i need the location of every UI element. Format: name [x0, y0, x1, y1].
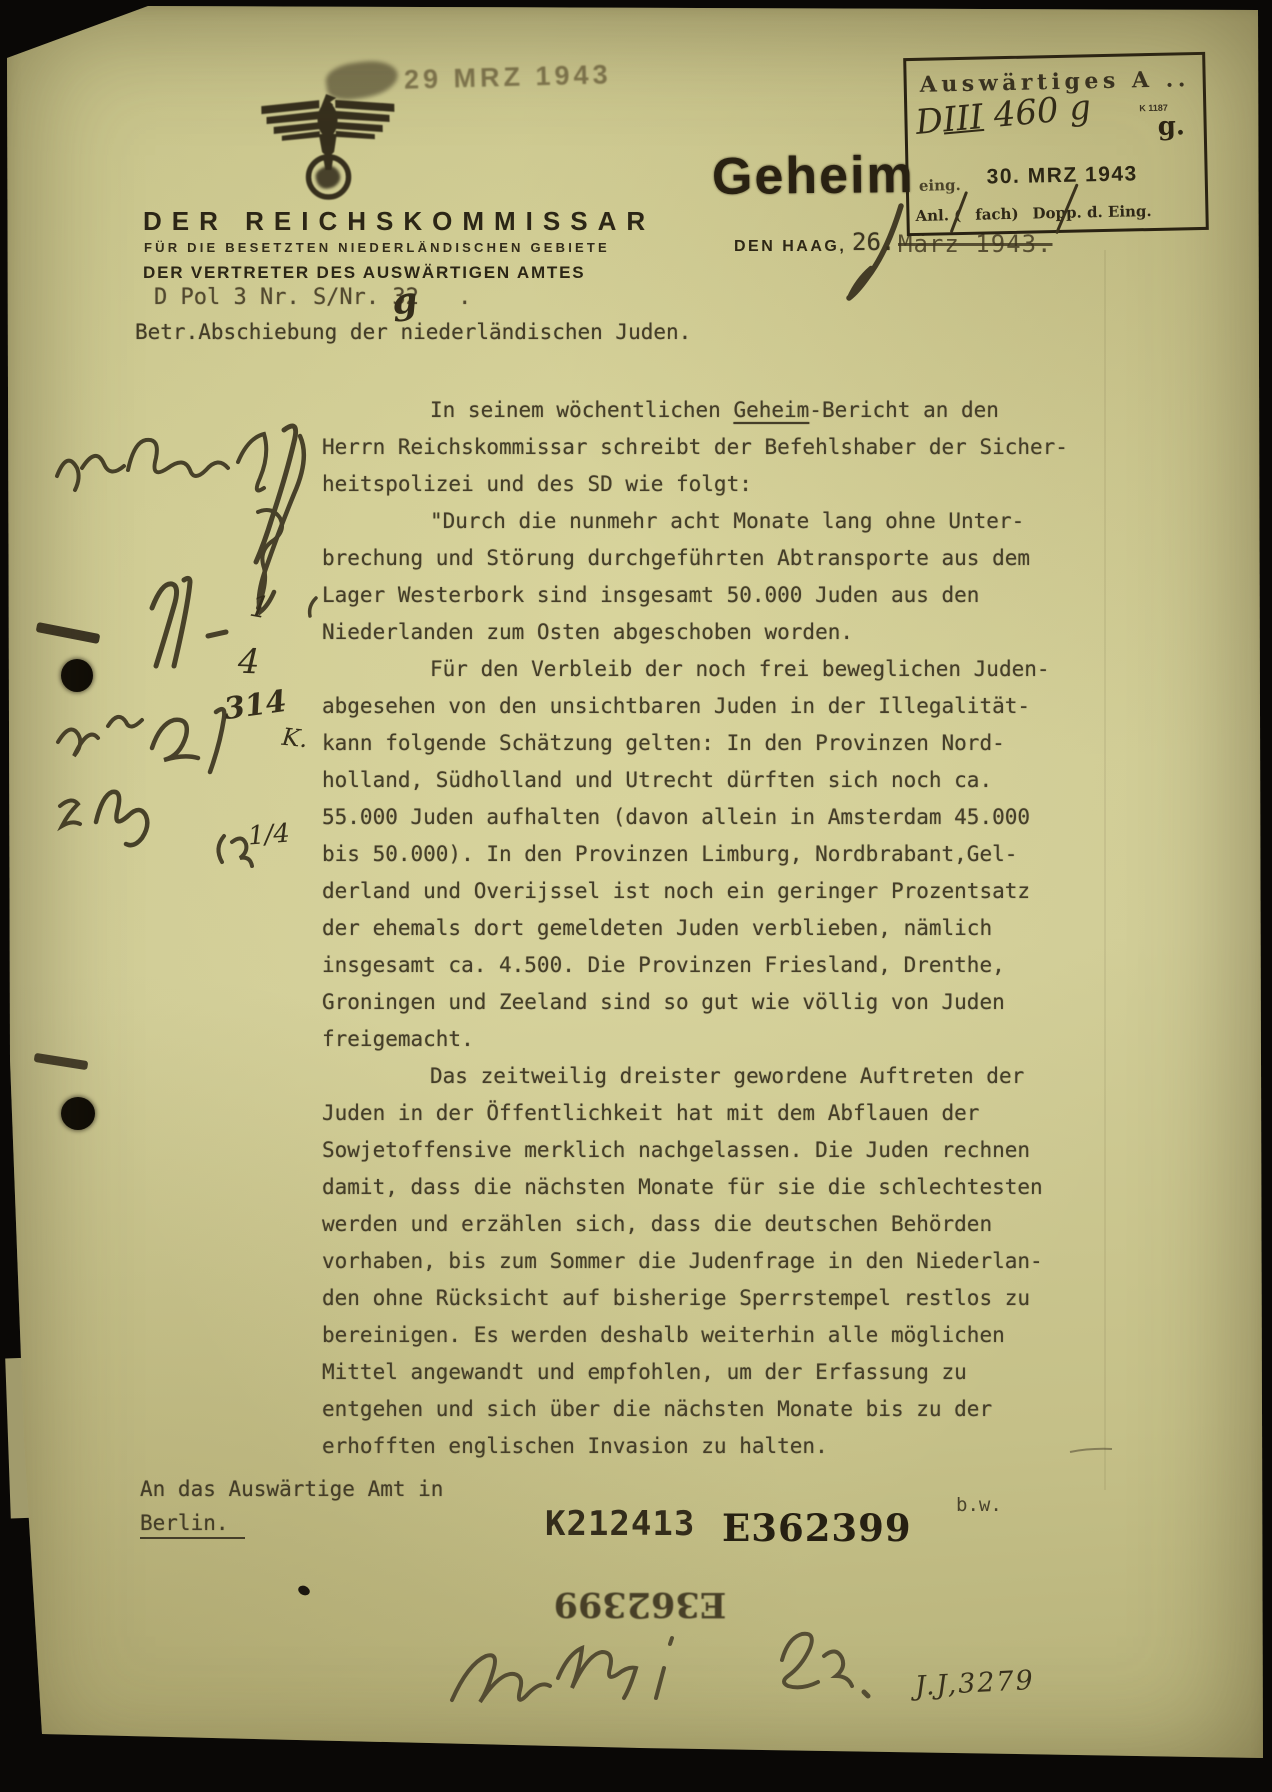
typewritten-line: Herrn Reichskommissar schreibt der Befeh…: [322, 429, 1112, 466]
typewritten-line: Lager Westerbork sind insgesamt 50.000 J…: [322, 577, 1112, 614]
archive-k-number: K212413: [545, 1504, 695, 1544]
typewritten-line: brechung und Störung durchgeführten Abtr…: [322, 540, 1112, 577]
typewritten-line: derland und Overijssel ist noch ein geri…: [322, 873, 1112, 910]
typewritten-line: Niederlanden zum Osten abgeschoben worde…: [322, 614, 1112, 651]
dateline-day: 26.: [852, 228, 895, 256]
handwritten-g: g: [390, 279, 419, 323]
reference-period: .: [458, 285, 471, 310]
registry-stamp-box: Auswärtiges A .. K 1187 g. DIII 460 g ei…: [903, 52, 1209, 236]
registry-g-mark: g.: [1157, 111, 1185, 142]
typewritten-line: "Durch die nunmehr acht Monate lang ohne…: [322, 503, 1112, 540]
bw-note: b.w.: [956, 1494, 1002, 1516]
typewritten-line: abgesehen von den unsichtbaren Juden in …: [322, 688, 1112, 725]
recipient-line: An das Auswärtige Amt in: [140, 1477, 443, 1501]
typewritten-line: bereinigen. Es werden deshalb weiterhin …: [322, 1317, 1112, 1354]
handwritten-file-number: J.J,3279: [914, 1665, 1035, 1702]
subject-line: Betr.Abschiebung der niederländischen Ju…: [135, 320, 691, 344]
margin-mark: 4: [237, 642, 260, 683]
typewritten-line: holland, Südholland und Utrecht dürften …: [322, 762, 1112, 799]
archive-e-number-stamp: E362399: [722, 1506, 912, 1550]
registry-ref-d: D: [914, 101, 945, 143]
registry-eing-date: 30. MRZ 1943: [986, 162, 1138, 189]
geheim-stamp: Geheim: [712, 145, 915, 207]
typewritten-line: Juden in der Öffentlichkeit hat mit dem …: [322, 1095, 1112, 1132]
punch-hole: [61, 659, 93, 692]
reference-number: D Pol 3 Nr. S/Nr. 32 .: [154, 285, 471, 310]
margin-mark: K.: [281, 723, 309, 754]
reference-typed: D Pol 3 Nr. S/Nr. 32: [154, 285, 419, 310]
registry-anl-right: Dopp. d. Eing.: [1032, 202, 1151, 222]
typewritten-line: entgehen und sich über die nächsten Mona…: [322, 1391, 1112, 1428]
typewritten-line: Groningen und Zeeland sind so gut wie vö…: [322, 984, 1112, 1021]
typewritten-line: heitspolizei und des SD wie folgt:: [322, 466, 1112, 503]
typewritten-line: damit, dass die nächsten Monate für sie …: [322, 1169, 1112, 1206]
letterhead-subtitle: FÜR DIE BESETZTEN NIEDERLÄNDISCHEN GEBIE…: [144, 240, 610, 255]
typewritten-line: den ohne Rücksicht auf bisherige Sperrst…: [322, 1280, 1112, 1317]
margin-mark: 1/4: [247, 819, 291, 852]
typewritten-line: werden und erzählen sich, dass die deuts…: [322, 1206, 1112, 1243]
body-text: In seinem wöchentlichen Geheim-Bericht a…: [322, 392, 1112, 1465]
typewritten-line: bis 50.000). In den Provinzen Limburg, N…: [322, 836, 1112, 873]
typewritten-line: Mittel angewandt und empfohlen, um der E…: [322, 1354, 1112, 1391]
registry-anl-mid: fach): [975, 205, 1019, 224]
punch-hole: [61, 1097, 95, 1130]
typewritten-line: 55.000 Juden aufhalten (davon allein in …: [322, 799, 1112, 836]
typewritten-line: erhofften englischen Invasion zu halten.: [322, 1428, 1112, 1465]
letterhead-title: DER REICHSKOMMISSAR: [143, 206, 655, 237]
registry-ref-number: 460 g: [981, 87, 1092, 137]
typewritten-line: insgesamt ca. 4.500. Die Provinzen Fries…: [322, 947, 1112, 984]
received-date-stamp: 29 MRZ 1943: [404, 59, 612, 95]
registry-ref-roman: III: [941, 97, 985, 140]
typewritten-line: kann folgende Schätzung gelten: In den P…: [322, 725, 1112, 762]
registry-eing-label: eing.: [919, 176, 961, 195]
letterhead-office: DER VERTRETER DES AUSWÄRTIGEN AMTES: [143, 263, 585, 283]
mirrored-stamp-bleedthrough: E362399: [545, 1584, 735, 1625]
typewritten-line: In seinem wöchentlichen Geheim-Bericht a…: [322, 392, 1112, 429]
document-scan: 29 MRZ 1943 DER REICHSKOMMISSAR FÜR DIE …: [0, 0, 1272, 1792]
typewritten-line: Sowjetoffensive merklich nachgelassen. D…: [322, 1132, 1112, 1169]
typewritten-line: vorhaben, bis zum Sommer die Judenfrage …: [322, 1243, 1112, 1280]
typewritten-line: der ehemals dort gemeldeten Juden verbli…: [322, 910, 1112, 947]
eagle-emblem: [255, 91, 402, 202]
typewritten-line: freigemacht.: [322, 1021, 1112, 1058]
typewritten-line: Das zeitweilig dreister gewordene Auftre…: [322, 1058, 1112, 1095]
dateline-place: DEN HAAG,: [734, 238, 846, 256]
typewritten-line: Für den Verbleib der noch frei beweglich…: [322, 651, 1112, 688]
recipient-city: Berlin.: [140, 1511, 245, 1539]
